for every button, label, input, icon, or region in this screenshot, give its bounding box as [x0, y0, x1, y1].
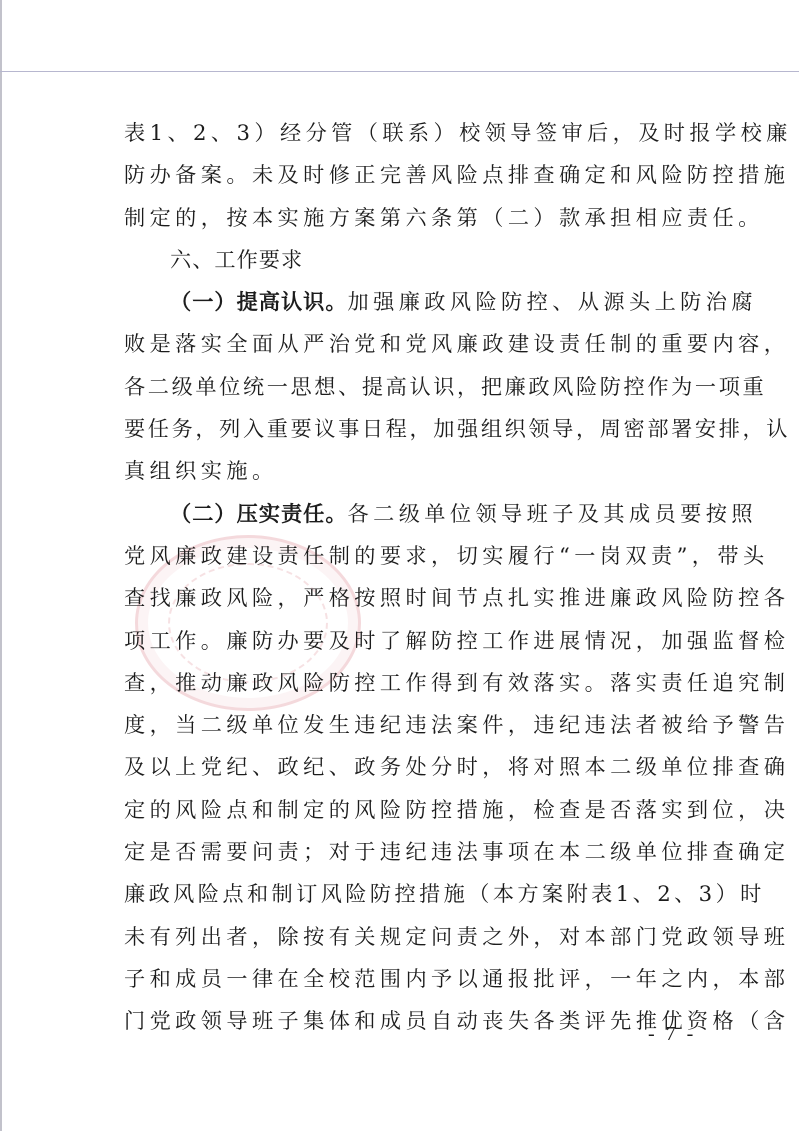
text-line: 廉政风险点和制订风险防控措施（本方案附表1、2、3）时: [124, 873, 694, 915]
line-text: 要任务，列入重要议事日程，加强组织领导，周密部署安排，认: [124, 416, 790, 441]
line-text: 定是否需要问责；对于违纪违法事项在本二级单位排查确定: [124, 839, 789, 864]
text-line: 查找廉政风险，严格按照时间节点扎实推进廉政风险防控各: [124, 577, 694, 619]
line-text: 廉政风险点和制订风险防控措施（本方案附表1、2、3）时: [124, 881, 765, 906]
section-heading: 六、工作要求: [124, 239, 694, 281]
line-text: 表1、2、3）经分管（联系）校领导签审后，及时报学校廉: [124, 120, 792, 145]
page-left-edge: [0, 0, 2, 1131]
text-line: 制定的，按本实施方案第六条第（二）款承担相应责任。: [124, 197, 694, 239]
line-text: 查找廉政风险，严格按照时间节点扎实推进廉政风险防控各: [124, 585, 789, 610]
text-line: 未有列出者，除按有关规定问责之外，对本部门党政领导班: [124, 916, 694, 958]
text-line: 败是落实全面从严治党和党风廉政建设责任制的重要内容，: [124, 323, 694, 365]
text-line: 要任务，列入重要议事日程，加强组织领导，周密部署安排，认: [124, 408, 694, 450]
line-text: 查，推动廉政风险防控工作得到有效落实。落实责任追究制: [124, 670, 789, 695]
text-line: 定的风险点和制定的风险防控措施，检查是否落实到位，决: [124, 789, 694, 831]
line-text: 败是落实全面从严治党和党风廉政建设责任制的重要内容，: [124, 331, 789, 356]
line-text: 定的风险点和制定的风险防控措施，检查是否落实到位，决: [124, 797, 789, 822]
line-text: 及以上党纪、政纪、政务处分时，将对照本二级单位排查确: [124, 754, 789, 779]
line-text: 真组织实施。: [124, 458, 278, 483]
text-line: 防办备案。未及时修正完善风险点排查确定和风险防控措施: [124, 154, 694, 196]
text-line: 及以上党纪、政纪、政务处分时，将对照本二级单位排查确: [124, 746, 694, 788]
line-text: 防办备案。未及时修正完善风险点排查确定和风险防控措施: [124, 162, 789, 187]
text-line: 真组织实施。: [124, 450, 694, 492]
subsection-title: （一）提高认识。: [170, 289, 348, 314]
text-line: （一）提高认识。加强廉政风险防控、从源头上防治腐: [124, 281, 694, 323]
header-rule: [0, 71, 799, 72]
text-line: 度，当二级单位发生违纪违法案件，违纪违法者被给予警告: [124, 704, 694, 746]
text-line: 各二级单位统一思想、提高认识，把廉政风险防控作为一项重: [124, 366, 694, 408]
body-text: 表1、2、3）经分管（联系）校领导签审后，及时报学校廉 防办备案。未及时修正完善…: [124, 112, 694, 1043]
line-text: 制定的，按本实施方案第六条第（二）款承担相应责任。: [124, 205, 764, 230]
line-text: 加强廉政风险防控、从源头上防治腐: [348, 289, 757, 314]
document-page: 表1、2、3）经分管（联系）校领导签审后，及时报学校廉 防办备案。未及时修正完善…: [0, 0, 799, 1131]
text-line: 查，推动廉政风险防控工作得到有效落实。落实责任追究制: [124, 662, 694, 704]
text-line: 门党政领导班子集体和成员自动丧失各类评先推优资格（含: [124, 1000, 694, 1042]
text-line: 党风廉政建设责任制的要求，切实履行“一岗双责”，带头: [124, 535, 694, 577]
subsection-title: （二）压实责任。: [170, 501, 348, 526]
line-text: 各二级单位领导班子及其成员要按照: [348, 501, 757, 526]
text-line: 项工作。廉防办要及时了解防控工作进展情况，加强监督检: [124, 620, 694, 662]
line-text: 子和成员一律在全校范围内予以通报批评，一年之内，本部: [124, 966, 789, 991]
text-line: 表1、2、3）经分管（联系）校领导签审后，及时报学校廉: [124, 112, 694, 154]
page-number: - 7 -: [648, 1023, 696, 1046]
line-text: 项工作。廉防办要及时了解防控工作进展情况，加强监督检: [124, 628, 789, 653]
section-heading-text: 六、工作要求: [170, 247, 303, 272]
line-text: 度，当二级单位发生违纪违法案件，违纪违法者被给予警告: [124, 712, 789, 737]
text-line: 定是否需要问责；对于违纪违法事项在本二级单位排查确定: [124, 831, 694, 873]
text-line: 子和成员一律在全校范围内予以通报批评，一年之内，本部: [124, 958, 694, 1000]
line-text: 各二级单位统一思想、提高认识，把廉政风险防控作为一项重: [124, 374, 766, 399]
text-line: （二）压实责任。各二级单位领导班子及其成员要按照: [124, 493, 694, 535]
line-text: 未有列出者，除按有关规定问责之外，对本部门党政领导班: [124, 924, 789, 949]
line-text: 党风廉政建设责任制的要求，切实履行“一岗双责”，带头: [124, 543, 769, 568]
